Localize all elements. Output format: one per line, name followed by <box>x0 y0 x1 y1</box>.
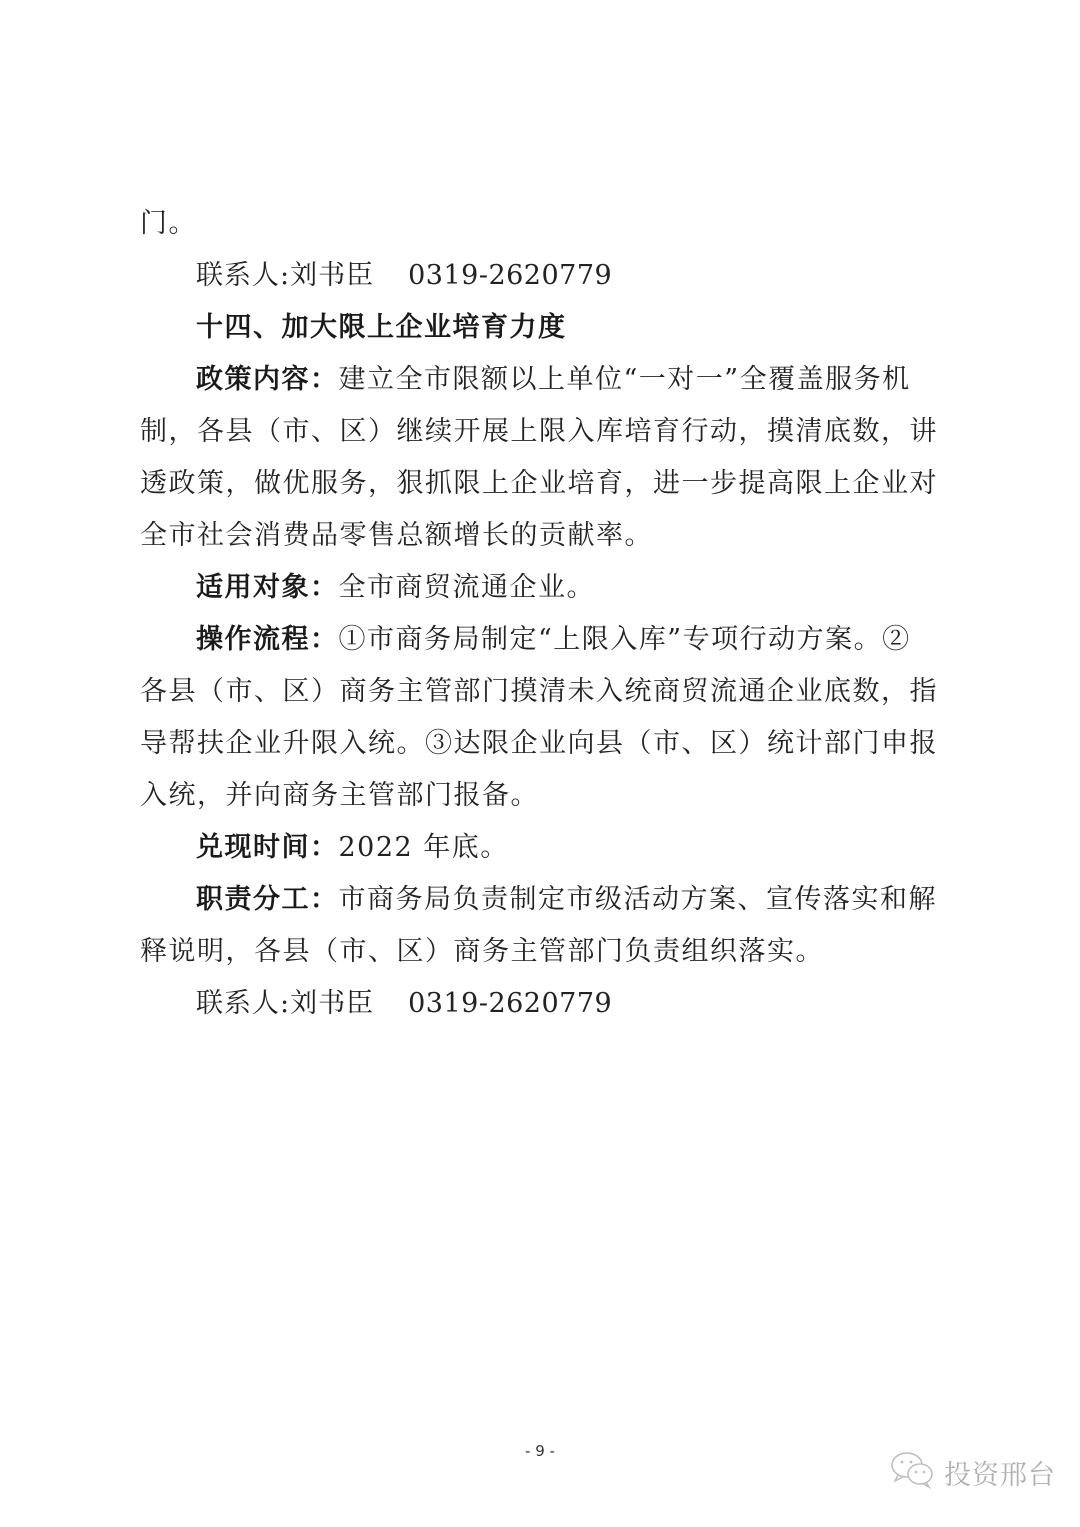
operation-process-line-3: 导帮扶企业升限入统。③达限企业向县（市、区）统计部门申报 <box>140 726 940 762</box>
wechat-icon <box>890 1450 936 1494</box>
policy-content-line-2: 制，各县（市、区）继续开展上限入库培育行动，摸清底数，讲 <box>140 414 940 450</box>
policy-content-line-3: 透政策，做优服务，狠抓限上企业培育，进一步提高限上企业对 <box>140 466 940 502</box>
fulfillment-time-label: 兑现时间： <box>196 832 339 863</box>
contact-line-2: 联系人:刘书臣0319-2620779 <box>196 986 996 1022</box>
contact-label: 联系人: <box>196 260 290 291</box>
contact-phone: 0319-2620779 <box>408 260 612 291</box>
policy-content-line-4: 全市社会消费品零售总额增长的贡献率。 <box>140 518 940 554</box>
policy-content-text: 建立全市限额以上单位“一对一”全覆盖服务机 <box>339 364 911 395</box>
operation-process-line-2: 各县（市、区）商务主管部门摸清未入统商贸流通企业底数，指 <box>140 674 940 710</box>
watermark: 投资邢台 <box>890 1450 1056 1494</box>
responsibility-text: 市商务局负责制定市级活动方案、宣传落实和解 <box>339 884 938 915</box>
contact-phone: 0319-2620779 <box>408 988 612 1019</box>
operation-process-line-1: 操作流程：①市商务局制定“上限入库”专项行动方案。② <box>196 622 996 658</box>
contact-line-1: 联系人:刘书臣0319-2620779 <box>196 258 996 294</box>
policy-content-label: 政策内容： <box>196 364 339 395</box>
policy-content-line-1: 政策内容：建立全市限额以上单位“一对一”全覆盖服务机 <box>196 362 996 398</box>
applicable-target-line: 适用对象：全市商贸流通企业。 <box>196 570 996 606</box>
operation-process-line-4: 入统，并向商务主管部门报备。 <box>140 778 940 814</box>
responsibility-label: 职责分工： <box>196 884 339 915</box>
operation-process-label: 操作流程： <box>196 624 339 655</box>
fulfillment-time-line: 兑现时间：2022 年底。 <box>196 830 996 866</box>
continuation-line: 门。 <box>140 206 940 242</box>
watermark-text: 投资邢台 <box>944 1453 1056 1492</box>
contact-label: 联系人: <box>196 988 290 1019</box>
operation-process-text: ①市商务局制定“上限入库”专项行动方案。② <box>339 624 911 655</box>
responsibility-line-2: 释说明，各县（市、区）商务主管部门负责组织落实。 <box>140 934 940 970</box>
contact-name: 刘书臣 <box>290 988 374 1019</box>
applicable-target-label: 适用对象： <box>196 572 339 603</box>
fulfillment-time-text: 2022 年底。 <box>339 832 509 863</box>
document-page: 门。 联系人:刘书臣0319-2620779 十四、加大限上企业培育力度 政策内… <box>0 0 1080 1527</box>
responsibility-line-1: 职责分工：市商务局负责制定市级活动方案、宣传落实和解 <box>196 882 996 918</box>
contact-name: 刘书臣 <box>290 260 374 291</box>
applicable-target-text: 全市商贸流通企业。 <box>339 572 596 603</box>
section-heading: 十四、加大限上企业培育力度 <box>196 310 996 346</box>
